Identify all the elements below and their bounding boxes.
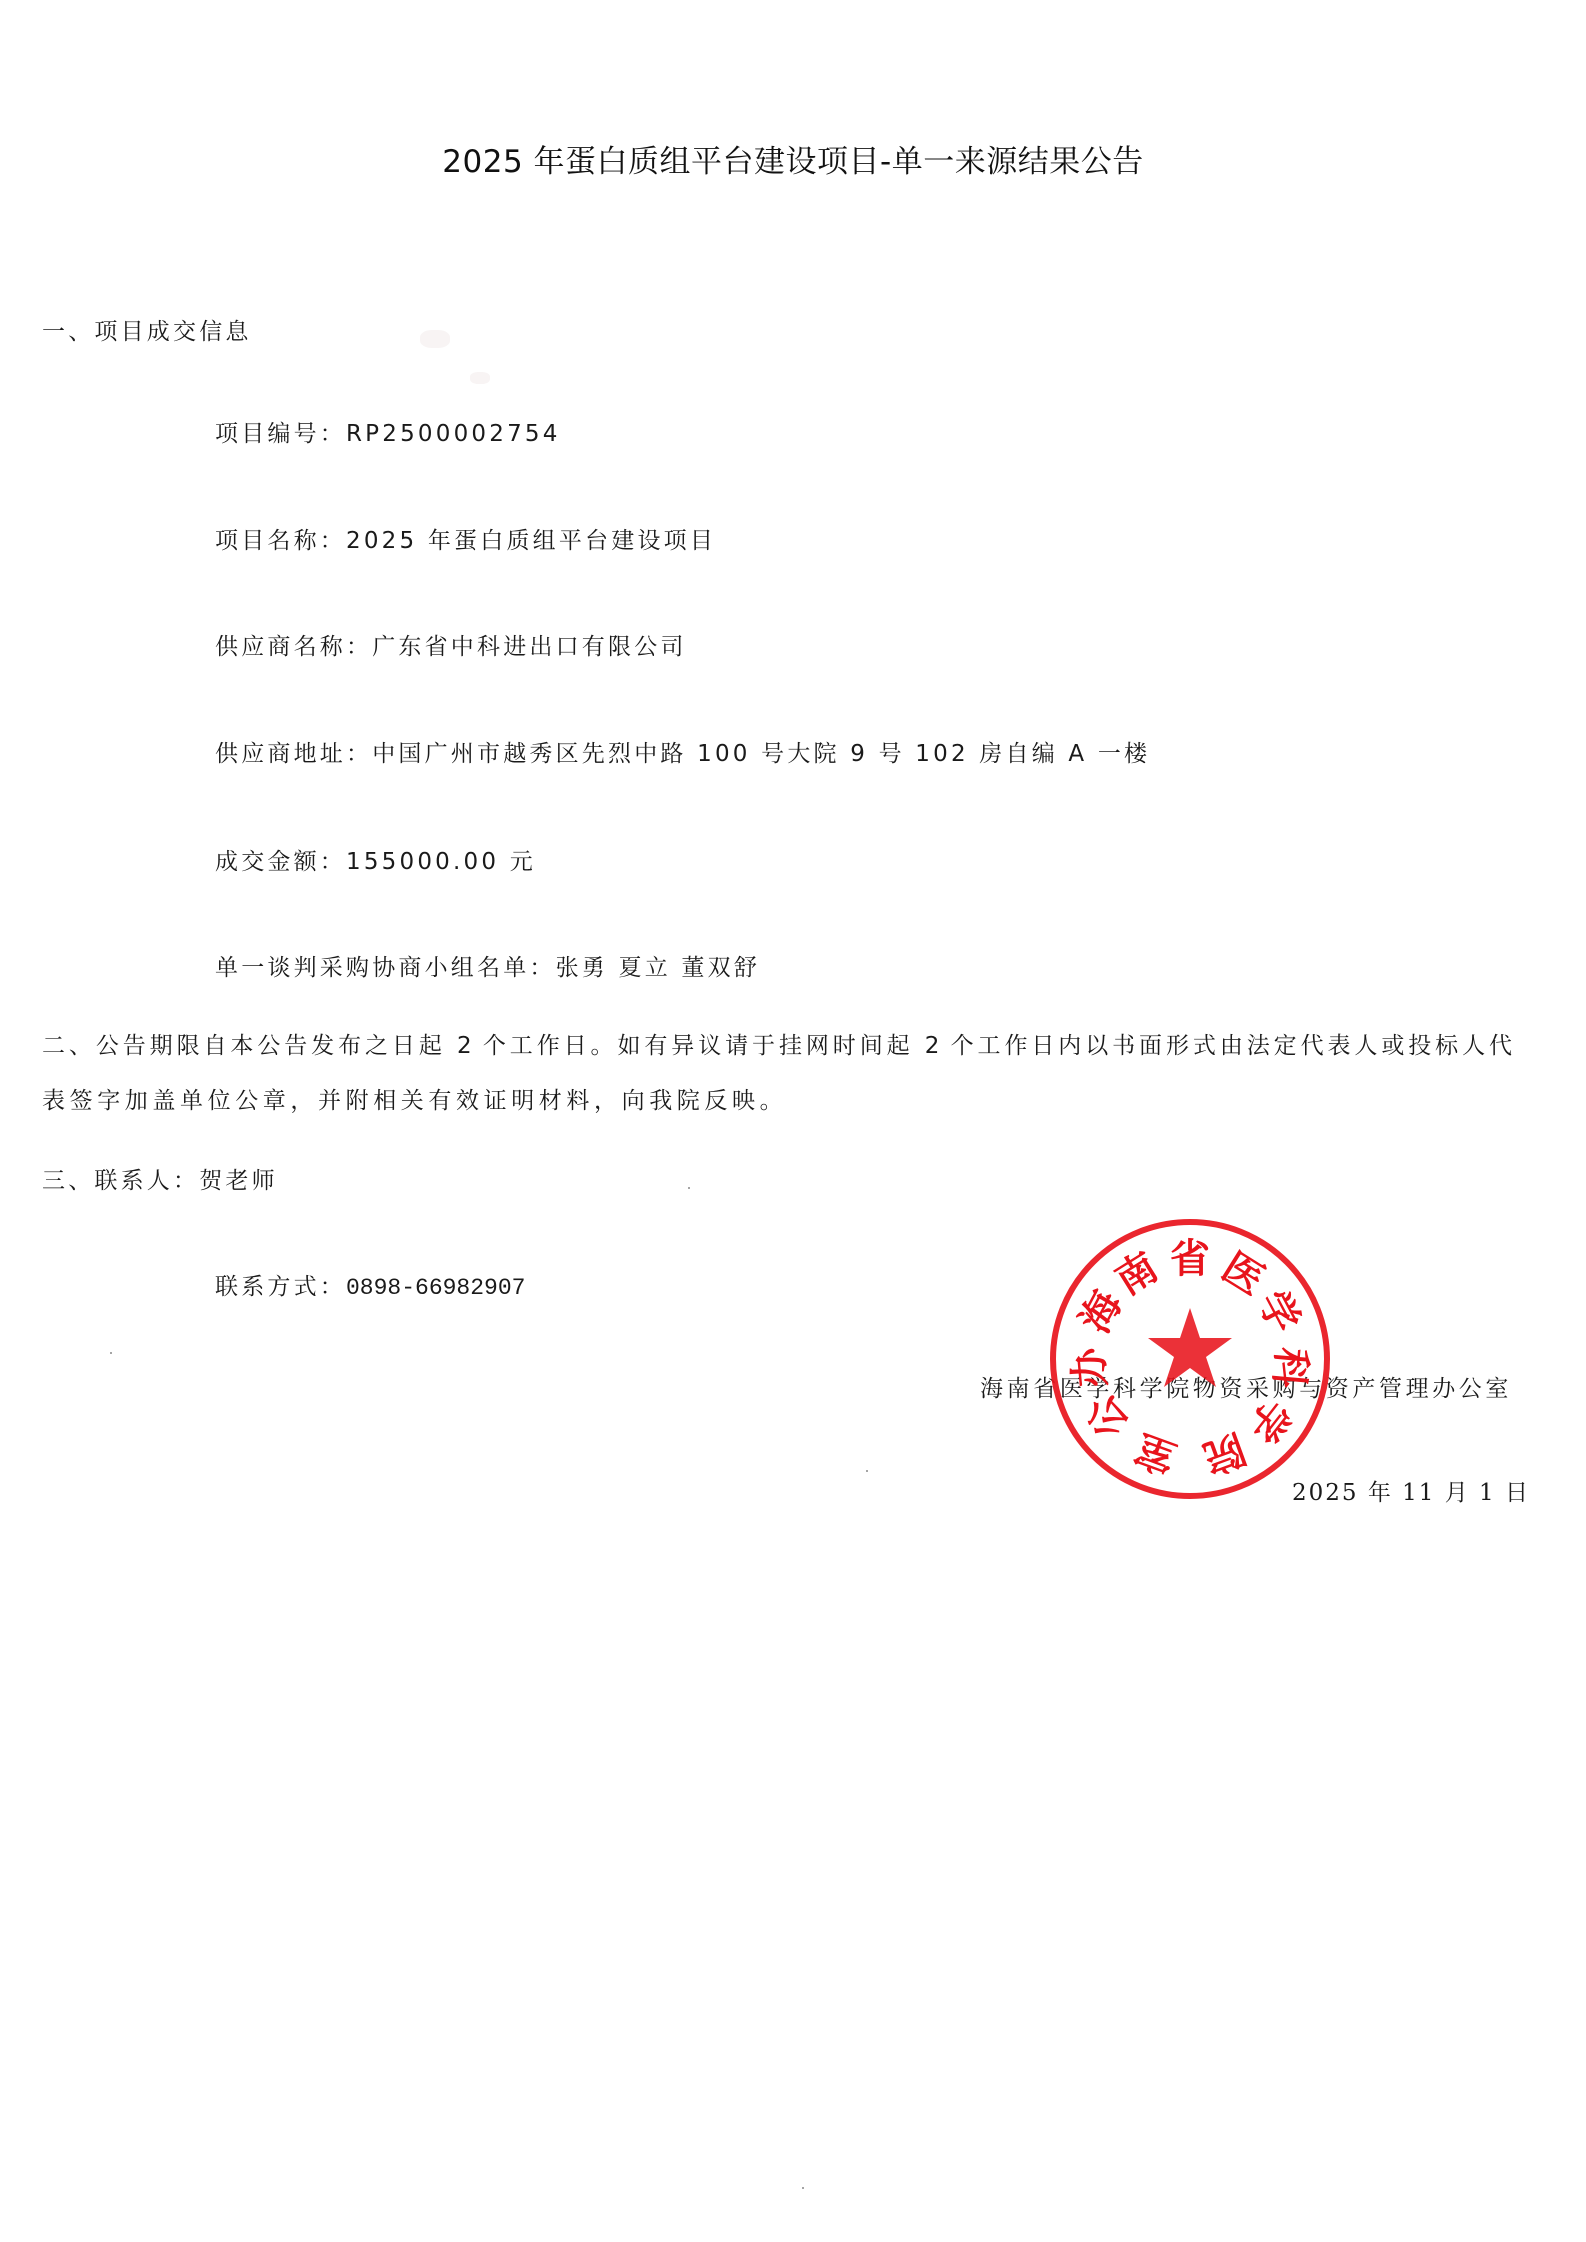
info-item-label: 供应商地址：: [215, 741, 372, 767]
scan-artifact: [470, 372, 490, 384]
info-item-value: 155000.00 元: [346, 849, 536, 875]
signature-date: 2025 年 11 月 1 日: [1292, 1474, 1530, 1507]
info-item-label: 项目名称：: [215, 528, 346, 554]
info-item-label: 成交金额：: [215, 849, 346, 875]
info-item-label: 供应商名称：: [215, 634, 372, 660]
info-item: 项目名称：2025 年蛋白质组平台建设项目: [215, 522, 716, 555]
svg-text:南: 南: [1108, 1244, 1166, 1304]
info-item: 成交金额：155000.00 元: [215, 843, 536, 876]
info-item-value: 广东省中科进出口有限公司: [372, 634, 686, 660]
section-heading-3: 三、联系人：贺老师: [42, 1162, 278, 1195]
info-item-value: 2025 年蛋白质组平台建设项目: [346, 528, 716, 554]
info-item-value: 中国广州市越秀区先烈中路 100 号大院 9 号 102 房自编 A 一楼: [372, 741, 1150, 767]
scan-speck: [110, 1352, 112, 1354]
info-item-label: 项目编号：: [215, 421, 346, 447]
official-seal-icon: 办海南省医学科学院室公: [1047, 1216, 1333, 1502]
section-2-line-1: 二、公告期限自本公告发布之日起 2 个工作日。如有异议请于挂网时间起 2 个工作…: [42, 1027, 1512, 1060]
svg-text:海: 海: [1072, 1284, 1131, 1341]
contact-label: 联系方式：: [215, 1274, 346, 1300]
contact-phone: 0898-66982907: [346, 1275, 525, 1301]
info-item-value: RP2500002754: [346, 421, 561, 447]
svg-text:学: 学: [1249, 1284, 1308, 1341]
section-heading-1: 一、项目成交信息: [42, 313, 252, 346]
page-title: 2025 年蛋白质组平台建设项目-单一来源结果公告: [0, 136, 1586, 181]
scan-speck: [802, 2187, 804, 2189]
info-item: 供应商名称：广东省中科进出口有限公司: [215, 628, 687, 661]
section-2-line-2: 表签字加盖单位公章，并附相关有效证明材料，向我院反映。: [42, 1082, 1512, 1115]
info-item-value: 张勇 夏立 董双舒: [556, 955, 760, 981]
contact-line: 联系方式：0898-66982907: [215, 1268, 525, 1301]
svg-text:院: 院: [1198, 1425, 1251, 1482]
scan-artifact: [420, 330, 450, 348]
svg-text:室: 室: [1129, 1425, 1182, 1482]
svg-text:医: 医: [1214, 1244, 1272, 1304]
signature-organization: 海南省医学科学院物资采购与资产管理办公室: [980, 1370, 1512, 1403]
svg-text:省: 省: [1170, 1236, 1210, 1282]
info-item: 项目编号：RP2500002754: [215, 415, 561, 448]
scan-speck: [688, 1187, 690, 1189]
scan-speck: [866, 1470, 868, 1472]
info-item: 供应商地址：中国广州市越秀区先烈中路 100 号大院 9 号 102 房自编 A…: [215, 735, 1150, 768]
info-item-label: 单一谈判采购协商小组名单：: [215, 955, 556, 981]
info-item: 单一谈判采购协商小组名单：张勇 夏立 董双舒: [215, 949, 760, 982]
